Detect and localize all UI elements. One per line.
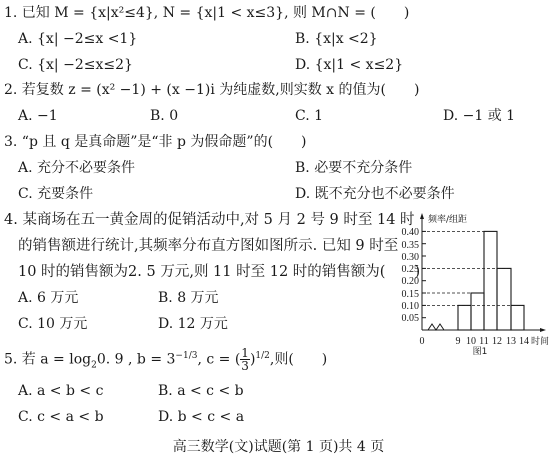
axis-break-icon [428,324,444,330]
question-5-option-b[interactable]: B. a < c < b [158,382,244,400]
svg-text:12: 12 [492,336,502,347]
svg-text:14: 14 [519,336,529,347]
question-4-option-d[interactable]: D. 12 万元 [158,315,228,333]
question-5-mid1: 0. 9 , b = 3 [97,352,176,368]
fraction-one-third: 13 [240,347,250,372]
exponent-b: −1/3 [175,351,197,361]
svg-text:13: 13 [506,336,516,347]
question-2-option-c[interactable]: C. 1 [295,107,323,125]
bar-10-11 [471,293,484,330]
question-2-option-b[interactable]: B. 0 [150,107,178,125]
svg-text:0.30: 0.30 [402,252,420,263]
svg-text:0.40: 0.40 [402,227,420,238]
question-5-mid2: , c = ( [197,352,240,368]
svg-text:0: 0 [420,336,425,347]
x-tick-labels: 0 9 10 11 12 13 14 [420,336,530,347]
question-5-end: ,则( ) [270,352,327,368]
svg-text:0.20: 0.20 [402,276,420,287]
svg-text:9: 9 [456,336,461,347]
question-2-stem: 2. 若复数 z = (x² −1) + (x −1)i 为纯虚数,则实数 x … [4,81,419,99]
y-tick-marks [422,231,426,317]
x-axis-label: 时间 [531,335,549,347]
svg-text:0.35: 0.35 [402,240,420,251]
bar-11-12 [484,231,497,330]
question-4-stem-line-3: 10 时的销售额为2. 5 万元,则 11 时至 12 时的销售额为( ) [18,263,420,281]
svg-text:10: 10 [466,336,476,347]
svg-text:0.15: 0.15 [402,289,420,300]
figure-caption: 图1 [473,346,488,355]
bar-12-13 [497,268,511,330]
question-3-stem: 3. “p 且 q 是真命题”是“非 p 为假命题”的( ) [4,133,307,151]
question-4-option-b[interactable]: B. 8 万元 [158,289,219,307]
svg-text:0.10: 0.10 [402,301,420,312]
question-1-stem: 1. 已知 M = {x|x²≤4}, N = {x|1 < x≤3}, 则 M… [4,4,409,22]
question-2-option-a[interactable]: A. −1 [18,107,58,125]
question-3-option-d[interactable]: D. 既不充分也不必要条件 [295,185,455,203]
question-3-option-c[interactable]: C. 充要条件 [18,185,93,203]
question-2-option-d[interactable]: D. −1 或 1 [443,107,515,125]
page-footer: 高三数学(文)试题(第 1 页)共 4 页 [0,436,557,456]
question-4-stem-line-1: 4. 某商场在五一黄金周的促销活动中,对 5 月 2 号 9 时至 14 时 [4,211,415,229]
y-axis-label: 频率/组距 [428,213,467,225]
histogram-bars [458,231,524,330]
svg-text:0.25: 0.25 [402,264,420,275]
question-1-option-a[interactable]: A. {x| −2≤x <1} [18,30,137,48]
question-4-stem-line-2: 的销售额进行统计,其频率分布直方图如图所示. 已知 9 时至 [18,237,398,255]
question-1-option-d[interactable]: D. {x|1 < x≤2} [295,56,403,74]
bar-13-14 [511,305,524,330]
question-4-option-a[interactable]: A. 6 万元 [18,289,78,307]
question-5-prefix: 5. 若 a = log [4,352,91,368]
y-axis-arrow-icon [420,213,424,219]
question-3-option-a[interactable]: A. 充分不必要条件 [18,159,135,177]
question-1-option-c[interactable]: C. {x| −2≤x≤2} [18,56,133,74]
x-axis-arrow-icon [540,328,546,332]
svg-text:0.05: 0.05 [402,313,420,324]
question-5-option-a[interactable]: A. a < b < c [18,382,103,400]
exponent-c: 1/2 [255,351,269,361]
question-5-option-d[interactable]: D. b < c < a [158,408,244,426]
question-5-stem: 5. 若 a = log20. 9 , b = 3−1/3, c = (13)1… [4,347,327,377]
y-tick-labels: 0.05 0.10 0.15 0.20 0.25 0.30 0.35 0.40 [402,227,420,324]
question-5-option-c[interactable]: C. c < a < b [18,408,104,426]
svg-text:11: 11 [479,336,489,347]
histogram-chart: 0.05 0.10 0.15 0.20 0.25 0.30 0.35 0.40 … [380,205,557,355]
bar-9-10 [458,305,471,330]
question-4-option-c[interactable]: C. 10 万元 [18,315,87,333]
question-1-option-b[interactable]: B. {x|x <2} [295,30,378,48]
question-3-option-b[interactable]: B. 必要不充分条件 [295,159,412,177]
